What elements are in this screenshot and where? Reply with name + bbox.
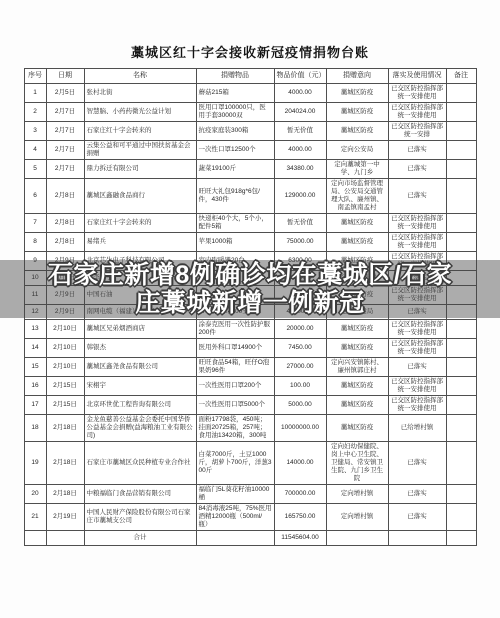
table-cell-value: 5000.00 <box>274 396 326 415</box>
table-cell-value: 4000.00 <box>274 141 326 160</box>
table-cell-date: 2月19日 <box>46 504 84 531</box>
table-cell-empty <box>446 531 476 546</box>
table-cell-intent: 藁城区防疫 <box>326 103 388 122</box>
table-cell-date: 2月8日 <box>46 179 84 214</box>
table-row: 182月18日金龙鱼慈善公益基金会委托中国华侨公益基金会捐赠(益海粮油工业有限公… <box>24 415 476 442</box>
table-cell-status: 已交区防控指挥部统一安排使用 <box>388 286 446 305</box>
table-cell-note <box>446 103 476 122</box>
table-cell-date: 2月10日 <box>46 339 84 358</box>
column-header: 名称 <box>84 69 196 84</box>
table-row: 22月7日智慧脑、小药药微光公益计划医用口罩100000只，医用手套30000双… <box>24 103 476 122</box>
table-cell-note <box>446 415 476 442</box>
table-cell-status: 已落实 <box>388 141 446 160</box>
table-cell-intent: 定向妇幼保健院、岗上中心卫生院、卫健局、常安镇卫生院、九门乡卫生院 <box>326 442 388 485</box>
table-cell-value: 2150.00 <box>274 271 326 286</box>
table-row: 122月9日南网电缆（福建）有限公司KN95口罩4800支48000.00定向卫… <box>24 305 476 320</box>
table-row: 202月18日中粮福临门食品营销有限公司福临门5L葵花籽油10000桶70000… <box>24 485 476 504</box>
table-cell-name: 易绪兵 <box>84 233 196 252</box>
table-cell-name: 南网电缆（福建）有限公司 <box>84 305 196 320</box>
table-cell-no: 20 <box>24 485 46 504</box>
table-cell-date: 2月10日 <box>46 320 84 339</box>
table-cell-status: 已落实 <box>388 160 446 179</box>
table-cell-intent: 藁城区防疫 <box>326 396 388 415</box>
table-cell-intent: 藁城区防疫 <box>326 84 388 103</box>
table-cell-note <box>446 305 476 320</box>
table-cell-status: 已交区防控指挥部统一安排使用 <box>388 103 446 122</box>
table-cell-intent: 藁城区防疫 <box>326 320 388 339</box>
table-cell-intent: 藁城区防疫 <box>326 339 388 358</box>
table-cell-items: 医用口罩100000只，医用手套30000双 <box>196 103 274 122</box>
table-cell-status: 已交区防控指挥部统一安排使用 <box>388 377 446 396</box>
table-cell-note <box>446 141 476 160</box>
table-row: 52月7日鼎力拆迁有限公司蔬菜19100斤34380.00定向藁城第一中学、九门… <box>24 160 476 179</box>
table-cell-name: 中国石油 <box>84 286 196 305</box>
table-cell-note <box>446 504 476 531</box>
table-cell-name: 宋栩宇 <box>84 377 196 396</box>
table-cell-name: 石家庄红十字会转来的 <box>84 214 196 233</box>
table-cell-value: 暂无价值 <box>274 214 326 233</box>
table-cell-status: 已交区防控指挥部统一安排使用 <box>388 84 446 103</box>
table-row: 12月5日张村北街蘑菇215箱4000.00藁城区防疫已交区防控指挥部统一安排使… <box>24 84 476 103</box>
table-cell-note <box>446 358 476 377</box>
table-cell-name: 石家庄市藁城区众民种植专业合作社 <box>84 442 196 485</box>
table-cell-intent: 藁城区防疫 <box>326 415 388 442</box>
table-cell-status: 已交区防控指挥部统一安排 <box>388 122 446 141</box>
table-cell-date: 2月9日 <box>46 252 84 271</box>
table-cell-empty <box>196 531 274 546</box>
table-cell-name: 石家庄红十字会转来的 <box>84 122 196 141</box>
table-cell-value: 48000.00 <box>274 305 326 320</box>
table-cell-name: 北京芯生电子科技有限公司 <box>84 252 196 271</box>
table-cell-name: 中粮福临门食品营销有限公司 <box>84 485 196 504</box>
table-cell-value: 暂无价值 <box>274 122 326 141</box>
table-cell-items: 蔬菜19100斤 <box>196 160 274 179</box>
table-cell-items: 面粉17798袋，450吨；挂面20725箱，257吨；食用油13420箱，30… <box>196 415 274 442</box>
table-cell-intent: 定向小果庄村 <box>326 271 388 286</box>
table-cell-value: 165750.00 <box>274 504 326 531</box>
table-cell-date: 2月18日 <box>46 485 84 504</box>
table-cell-status: 已落实 <box>388 504 446 531</box>
table-row: 192月18日石家庄市藁城区众民种植专业合作社白菜7000斤，土豆1000斤，胡… <box>24 442 476 485</box>
table-cell-note <box>446 160 476 179</box>
table-cell-empty <box>388 531 446 546</box>
table-cell-no: 18 <box>24 415 46 442</box>
table-cell-name: 记李永学 <box>84 271 196 286</box>
table-cell-empty <box>46 531 84 546</box>
table-cell-date: 2月9日 <box>46 305 84 320</box>
table-cell-status: 已落实 <box>388 358 446 377</box>
table-cell-date: 2月9日 <box>46 271 84 286</box>
table-row: 72月8日石家庄红十字会转来的快递柜40个大，5个小，配件5箱暂无价值藁城区防疫… <box>24 214 476 233</box>
table-cell-name: 藁城区鑫融食品商行 <box>84 179 196 214</box>
table-cell-name: 北京环世优工程咨询有限公司 <box>84 396 196 415</box>
table-cell-items: 苹果1000箱 <box>196 233 274 252</box>
column-header: 捐赠意向 <box>326 69 388 84</box>
table-cell-no: 9 <box>24 252 46 271</box>
table-row: 162月15日宋栩宇一次性医用口罩200个100.00藁城区防疫已交区防控指挥部… <box>24 377 476 396</box>
table-cell-value: 20000.00 <box>274 320 326 339</box>
table-cell-items: 快递柜40个大，5个小，配件5箱 <box>196 214 274 233</box>
table-cell-date: 2月7日 <box>46 141 84 160</box>
column-header: 捐赠物品 <box>196 69 274 84</box>
column-header: 序号 <box>24 69 46 84</box>
table-cell-value: 34380.00 <box>274 160 326 179</box>
table-cell-status: 已交区防控指挥部统一安排使用 <box>388 396 446 415</box>
table-cell-items: 一次性口罩12500个 <box>196 141 274 160</box>
table-cell-date: 2月10日 <box>46 358 84 377</box>
table-cell-intent: 定向藁城第一中学、九门乡 <box>326 160 388 179</box>
table-cell-status: 已落实 <box>388 485 446 504</box>
table-row: 152月10日藁城区鑫尧食品有限公司旺旺食品54箱，旺仔O泡果奶96件27000… <box>24 358 476 377</box>
table-cell-value: 700000.00 <box>274 485 326 504</box>
table-cell-items: 84消毒液25吨，75%医用酒精12000瓶（500ml/瓶） <box>196 504 274 531</box>
table-row: 112月9日中国石油藁城区防疫已交区防控指挥部统一安排使用 <box>24 286 476 305</box>
table-cell-date: 2月15日 <box>46 396 84 415</box>
table-cell-status: 已落实 <box>388 442 446 485</box>
table-cell-no: 7 <box>24 214 46 233</box>
table-cell-note <box>446 214 476 233</box>
table-cell-name: 智慧脑、小药药微光公益计划 <box>84 103 196 122</box>
table-cell-no: 6 <box>24 179 46 214</box>
table-cell-items: 口罩4000个 <box>196 271 274 286</box>
total-label: 合计 <box>84 531 196 546</box>
table-cell-status: 已给增村镇 <box>388 415 446 442</box>
table-cell-name: 鼎力拆迁有限公司 <box>84 160 196 179</box>
table-cell-no: 15 <box>24 358 46 377</box>
table-cell-value: 6300.00 <box>274 252 326 271</box>
table-cell-status: 已交区防控指挥部统一安排使用 <box>388 214 446 233</box>
table-cell-no: 12 <box>24 305 46 320</box>
table-cell-intent: 藁城区防疫 <box>326 233 388 252</box>
table-cell-items: 一次性医用口罩200个 <box>196 377 274 396</box>
table-cell-items: 涂泰克医用一次性防护服200件 <box>196 320 274 339</box>
column-header: 物品价值（元） <box>274 69 326 84</box>
table-cell-no: 11 <box>24 286 46 305</box>
table-cell-status: 已落实 <box>388 179 446 214</box>
table-cell-value: 100.00 <box>274 377 326 396</box>
table-cell-items: 蘑菇215箱 <box>196 84 274 103</box>
table-cell-items: 室内取暖器20台 <box>196 252 274 271</box>
table-cell-name: 藁城区鑫尧食品有限公司 <box>84 358 196 377</box>
column-header: 日期 <box>46 69 84 84</box>
table-cell-value: 129000.00 <box>274 179 326 214</box>
table-cell-no: 21 <box>24 504 46 531</box>
table-cell-name: 金龙鱼慈善公益基金会委托中国华侨公益基金会捐赠(益海粮油工业有限公司) <box>84 415 196 442</box>
table-cell-note <box>446 396 476 415</box>
table-cell-intent: 定向卫健局 <box>326 305 388 320</box>
table-cell-value: 4000.00 <box>274 84 326 103</box>
table-cell-items: 一次性医用口罩5000个 <box>196 396 274 415</box>
table-row: 212月19日中国人民财产保险股份有限公司石家庄市藁城支公司84消毒液25吨，7… <box>24 504 476 531</box>
table-cell-value: 204024.00 <box>274 103 326 122</box>
document-title: 藁城区红十字会接收新冠疫情捐物台账 <box>0 0 500 61</box>
table-cell-date: 2月18日 <box>46 442 84 485</box>
table-cell-note <box>446 233 476 252</box>
table-cell-no: 2 <box>24 103 46 122</box>
table-cell-no: 3 <box>24 122 46 141</box>
table-cell-no: 14 <box>24 339 46 358</box>
table-cell-intent: 藁城区防疫 <box>326 377 388 396</box>
table-cell-intent: 定向市场监督管理局、公安局交通管理大队、廉州镇、南孟镇南孟村 <box>326 179 388 214</box>
table-cell-no: 5 <box>24 160 46 179</box>
table-cell-status: 已交区防控指挥部统一安排使用 <box>388 339 446 358</box>
table-cell-status: 已落实 <box>388 305 446 320</box>
table-cell-intent: 定向增村镇 <box>326 504 388 531</box>
table-cell-status: 已交区防控指挥部统一安排使用 <box>388 320 446 339</box>
table-cell-date: 2月18日 <box>46 415 84 442</box>
table-header-row: 序号日期名称捐赠物品物品价值（元）捐赠意向落实及使用情况备注 <box>24 69 476 84</box>
table-cell-items: 旺旺大礼包918g*6包/件，430件 <box>196 179 274 214</box>
table-cell-note <box>446 377 476 396</box>
table-cell-date: 2月7日 <box>46 103 84 122</box>
table-cell-date: 2月5日 <box>46 84 84 103</box>
table-cell-name: 韩银杰 <box>84 339 196 358</box>
table-cell-note <box>446 485 476 504</box>
total-row: 合计11545604.00 <box>24 531 476 546</box>
table-cell-status: 已交区防控指挥部统一安排使用 <box>388 233 446 252</box>
table-cell-empty <box>24 531 46 546</box>
table-cell-no: 13 <box>24 320 46 339</box>
table-cell-note <box>446 442 476 485</box>
table-cell-items: 旺旺食品54箱，旺仔O泡果奶96件 <box>196 358 274 377</box>
scanned-ledger-page: 藁城区红十字会接收新冠疫情捐物台账 序号日期名称捐赠物品物品价值（元）捐赠意向落… <box>0 0 500 618</box>
table-cell-no: 10 <box>24 271 46 286</box>
table-cell-value: 7450.00 <box>274 339 326 358</box>
table-row: 62月8日藁城区鑫融食品商行旺旺大礼包918g*6包/件，430件129000.… <box>24 179 476 214</box>
table-row: 42月7日云集公益和可平通过中国扶贫基金会捐赠一次性口罩12500个4000.0… <box>24 141 476 160</box>
column-header: 落实及使用情况 <box>388 69 446 84</box>
table-cell-name: 中国人民财产保险股份有限公司石家庄市藁城支公司 <box>84 504 196 531</box>
table-cell-items: 白菜7000斤，土豆1000斤，胡萝卜700斤，洋葱300斤 <box>196 442 274 485</box>
table-cell-note <box>446 179 476 214</box>
table-cell-note <box>446 286 476 305</box>
table-cell-no: 1 <box>24 84 46 103</box>
table-cell-note <box>446 122 476 141</box>
table-cell-intent: 藁城区防疫 <box>326 252 388 271</box>
table-cell-value: 27000.00 <box>274 358 326 377</box>
table-cell-note <box>446 339 476 358</box>
table-row: 142月10日韩银杰医用外科口罩14900个7450.00藁城区防疫已交区防控指… <box>24 339 476 358</box>
table-cell-note <box>446 252 476 271</box>
donation-table: 序号日期名称捐赠物品物品价值（元）捐赠意向落实及使用情况备注 12月5日张村北街… <box>24 68 477 546</box>
table-cell-intent: 定向公安局 <box>326 141 388 160</box>
table-cell-name: 云集公益和可平通过中国扶贫基金会捐赠 <box>84 141 196 160</box>
table-cell-no: 17 <box>24 396 46 415</box>
table-row: 172月15日北京环世优工程咨询有限公司一次性医用口罩5000个5000.00藁… <box>24 396 476 415</box>
table-row: 132月10日藁城区兄弟烟酒商店涂泰克医用一次性防护服200件20000.00藁… <box>24 320 476 339</box>
table-cell-items: 福临门5L葵花籽油10000桶 <box>196 485 274 504</box>
table-cell-no: 19 <box>24 442 46 485</box>
table-cell-name: 张村北街 <box>84 84 196 103</box>
table-row: 32月7日石家庄红十字会转来的抗疫家庭装300箱暂无价值藁城区防疫已交区防控指挥… <box>24 122 476 141</box>
table-cell-name: 藁城区兄弟烟酒商店 <box>84 320 196 339</box>
table-cell-items: 医用外科口罩14900个 <box>196 339 274 358</box>
table-cell-intent: 藁城区防疫 <box>326 286 388 305</box>
table-body: 12月5日张村北街蘑菇215箱4000.00藁城区防疫已交区防控指挥部统一安排使… <box>24 84 476 546</box>
table-cell-items: KN95口罩4800支 <box>196 305 274 320</box>
total-value: 11545604.00 <box>274 531 326 546</box>
table-cell-no: 16 <box>24 377 46 396</box>
table-cell-status: 已交区防控指挥部统一安排使用 <box>388 252 446 271</box>
column-header: 备注 <box>446 69 476 84</box>
table-cell-value <box>274 286 326 305</box>
table-cell-note <box>446 271 476 286</box>
table-cell-intent: 藁城区防疫 <box>326 214 388 233</box>
table-cell-no: 4 <box>24 141 46 160</box>
table-row: 102月9日记李永学口罩4000个2150.00定向小果庄村已落实 <box>24 271 476 286</box>
table-cell-items <box>196 286 274 305</box>
table-cell-date: 2月8日 <box>46 233 84 252</box>
table-cell-date: 2月15日 <box>46 377 84 396</box>
table-cell-value: 75000.00 <box>274 233 326 252</box>
table-cell-intent: 藁城区防疫 <box>326 122 388 141</box>
table-cell-date: 2月9日 <box>46 286 84 305</box>
table-cell-intent: 定向兴安镇陈村、廉州镇郭庄村 <box>326 358 388 377</box>
table-row: 82月8日易绪兵苹果1000箱75000.00藁城区防疫已交区防控指挥部统一安排… <box>24 233 476 252</box>
table-cell-status: 已落实 <box>388 271 446 286</box>
table-cell-date: 2月7日 <box>46 122 84 141</box>
table-cell-note <box>446 84 476 103</box>
table-cell-value: 10000000.00 <box>274 415 326 442</box>
table-cell-intent: 定向增村镇 <box>326 485 388 504</box>
table-cell-value: 14000.00 <box>274 442 326 485</box>
table-cell-no: 8 <box>24 233 46 252</box>
table-cell-date: 2月7日 <box>46 160 84 179</box>
table-cell-note <box>446 320 476 339</box>
table-cell-items: 抗疫家庭装300箱 <box>196 122 274 141</box>
table-row: 92月9日北京芯生电子科技有限公司室内取暖器20台6300.00藁城区防疫已交区… <box>24 252 476 271</box>
table-cell-date: 2月8日 <box>46 214 84 233</box>
table-cell-empty <box>326 531 388 546</box>
